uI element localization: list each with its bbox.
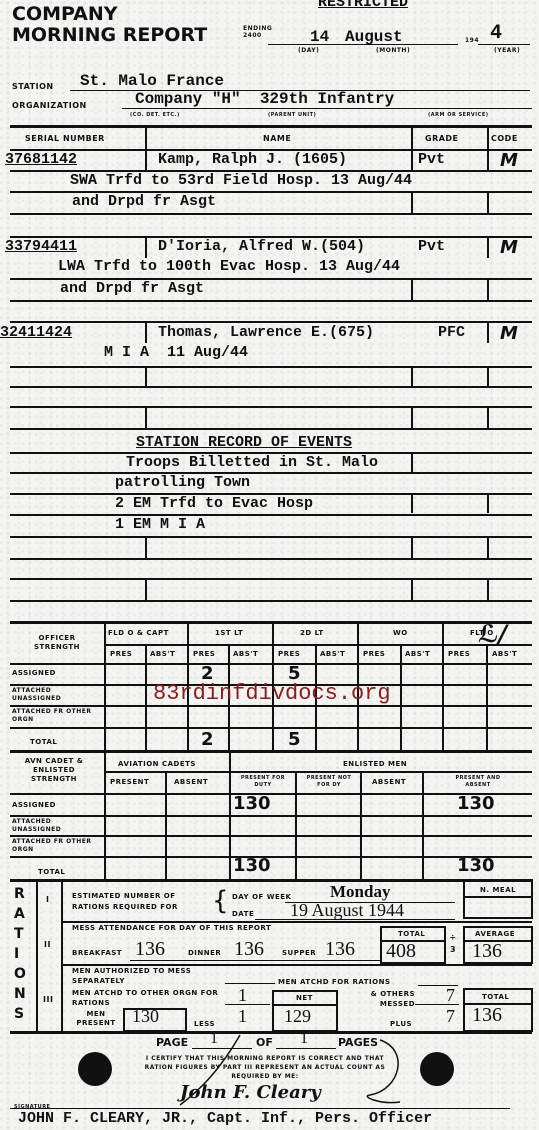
officer-subcol-pres: PRES <box>363 650 385 658</box>
officer-strength-title: OFFICER STRENGTH <box>22 634 92 652</box>
report-month: August <box>345 28 403 46</box>
officer-subcol-abst: ABS'T <box>405 650 430 658</box>
enlisted-assigned-present-duty: 130 <box>233 793 271 814</box>
enlisted-col-divider <box>422 773 424 879</box>
enlisted-bottom-border <box>10 879 532 882</box>
roster-col-divider <box>487 366 489 386</box>
enlisted-col-divider <box>295 773 297 879</box>
roster-col-divider <box>411 366 413 386</box>
month-caption: (MONTH) <box>376 47 410 54</box>
officer-subcol-pres: PRES <box>278 650 300 658</box>
entry-name: Thomas, Lawrence E.(675) <box>158 324 374 341</box>
events-line <box>10 514 532 516</box>
year-prefix: 194 <box>465 37 479 44</box>
mess-underline <box>130 960 380 961</box>
events-col-divider <box>411 493 413 513</box>
day-caption: (DAY) <box>298 47 319 54</box>
supper-label: SUPPER <box>282 949 316 957</box>
rations-marker-divider <box>61 882 63 1032</box>
roster-row-line <box>10 321 532 323</box>
year-caption: (YEAR) <box>494 47 520 54</box>
officer-header-divider <box>104 644 532 646</box>
col-header-name: NAME <box>263 134 291 143</box>
event-line: Troops Billetted in St. Malo <box>126 454 378 471</box>
day-of-week-value: Monday <box>330 882 390 902</box>
officer-initials-mark: ℒ/ <box>478 620 507 648</box>
estimated-rations-label: ESTIMATED NUMBER OF RATIONS REQUIRED FOR <box>72 891 212 913</box>
enlisted-row-line <box>10 793 532 795</box>
report-year-digit: 4 <box>490 22 502 45</box>
enlisted-row-label: TOTAL <box>38 868 65 876</box>
enlisted-subcol: ABSENT <box>372 778 406 786</box>
divide-by-three: ÷ 3 <box>448 932 458 956</box>
less-value: 1 <box>238 1006 247 1027</box>
events-col-divider <box>411 578 413 600</box>
enlisted-row-line <box>10 835 532 837</box>
others-messed-underline <box>415 1004 459 1005</box>
organization-underline <box>122 108 532 109</box>
others-messed-value: 7 <box>446 985 455 1006</box>
officer-col-divider <box>442 624 444 750</box>
rations-letter: O <box>14 966 26 982</box>
station-value: St. Malo France <box>80 72 224 90</box>
entry-grade: PFC <box>438 324 465 341</box>
rations-letter: R <box>14 886 25 902</box>
officer-row-line <box>10 727 532 729</box>
officer-row-label: ASSIGNED <box>12 669 56 677</box>
net-label: NET <box>296 994 313 1002</box>
mess-total-label: TOTAL <box>398 930 425 938</box>
enlisted-row-line <box>10 815 532 817</box>
dinner-label: DINNER <box>188 949 221 957</box>
events-bottom-border <box>10 621 532 624</box>
signature-line <box>10 1108 510 1109</box>
event-line: 2 EM Trfd to Evac Hosp <box>115 495 313 512</box>
year-underline <box>478 44 530 45</box>
grand-total-label: TOTAL <box>482 993 509 1001</box>
officer-group-fld: FLD O & CAPT <box>108 629 169 637</box>
roster-row-line <box>10 428 532 430</box>
events-line <box>10 536 532 538</box>
events-line <box>10 558 532 560</box>
events-col-divider <box>487 536 489 558</box>
meals-box <box>463 879 533 919</box>
roster-row-line <box>10 406 532 408</box>
rations-letter: S <box>14 1006 24 1022</box>
officer-col-divider <box>104 624 106 750</box>
men-present-value: 130 <box>132 1006 159 1027</box>
entry-remark: and Drpd fr Asgt <box>72 193 216 210</box>
rations-letter: A <box>14 906 25 922</box>
binder-hole-right <box>420 1052 454 1086</box>
roster-col-divider <box>411 128 413 170</box>
ending-label: ENDING 2400 <box>243 25 265 39</box>
officer-row-label: ATTACHED FR OTHER ORGN <box>12 708 92 724</box>
binder-hole-left <box>78 1052 112 1086</box>
events-col-divider <box>487 578 489 600</box>
col-header-grade: GRADE <box>425 134 459 143</box>
enlisted-men-header: ENLISTED MEN <box>343 760 407 768</box>
men-present-label: MEN PRESENT <box>70 1010 122 1028</box>
enlisted-row-label: ATTACHED UNASSIGNED <box>12 818 92 834</box>
enlisted-row-label: ASSIGNED <box>12 801 56 809</box>
classification-stamp: RESTRICTED <box>318 0 408 11</box>
roster-col-divider <box>411 278 413 300</box>
roster-col-divider <box>487 128 489 170</box>
enlisted-subcol: ABSENT <box>174 778 208 786</box>
events-col-divider <box>145 536 147 558</box>
officer-subcol-divider <box>486 644 488 750</box>
station-label: STATION <box>12 82 54 91</box>
form-title-line2: MORNING REPORT <box>12 25 207 45</box>
entry-remark: M I A 11 Aug/44 <box>104 344 248 361</box>
entry-name: D'Ioria, Alfred W.(504) <box>158 238 365 255</box>
rations-letter: T <box>14 926 24 942</box>
col-header-code: CODE <box>491 134 518 143</box>
ration-date-label: DATE <box>232 910 254 918</box>
events-line <box>10 578 532 580</box>
others-messed-label: & OTHERS MESSED <box>355 989 415 1009</box>
officer-bottom-border <box>10 750 532 753</box>
roster-row-line <box>10 366 532 368</box>
roster-top-border <box>10 125 532 128</box>
enlisted-col-divider <box>360 773 362 879</box>
roster-row-line <box>10 213 532 215</box>
report-day: 14 <box>310 28 329 46</box>
attached-other-label: MEN ATCHD TO OTHER ORGN FOR RATIONS <box>72 988 227 1008</box>
aviation-cadets-header: AVIATION CADETS <box>118 760 196 768</box>
day-of-week-label: DAY OF WEEK <box>232 893 291 901</box>
less-label: LESS <box>194 1020 215 1028</box>
enlisted-strength-title: AVN CADET & ENLISTED STRENGTH <box>14 757 94 784</box>
meals-divider <box>463 896 531 898</box>
event-line: patrolling Town <box>115 474 250 491</box>
authorized-separately-label: MEN AUTHORIZED TO MESS SEPARATELY <box>72 966 202 986</box>
enlisted-subcol: PRESENT <box>110 778 149 786</box>
grand-total-value: 136 <box>472 1004 502 1027</box>
officer-2lt-total-pres: 5 <box>288 729 301 750</box>
signer-name: JOHN F. CLEARY, JR., Capt. Inf., Pers. O… <box>18 1110 432 1127</box>
officer-group-wo: WO <box>393 629 408 637</box>
rations-section-marker: II <box>44 940 51 949</box>
org-caption-company: (CO. DET. ETC.) <box>130 112 180 118</box>
roster-col-divider <box>487 406 489 428</box>
rations-letter: I <box>14 946 19 962</box>
entry-grade: Pvt <box>418 238 445 255</box>
breakfast-label: BREAKFAST <box>72 949 122 957</box>
officer-subcol-abst: ABS'T <box>320 650 345 658</box>
enlisted-assigned-present-absent: 130 <box>457 793 495 814</box>
plus-value: 7 <box>446 1006 455 1027</box>
roster-col-divider <box>145 406 147 428</box>
entry-grade: Pvt <box>418 151 445 168</box>
events-title: STATION RECORD OF EVENTS <box>136 434 352 451</box>
enlisted-total-present-absent: 130 <box>457 855 495 876</box>
handwritten-signature: John F. Cleary <box>180 1082 321 1103</box>
attached-underline <box>225 1004 270 1005</box>
events-col-divider <box>411 536 413 558</box>
entry-code: M <box>500 150 518 171</box>
entry-remark: SWA Trfd to 53rd Field Hosp. 13 Aug/44 <box>70 172 412 189</box>
events-line <box>10 600 532 602</box>
organization-value: Company "H" 329th Infantry <box>135 90 394 108</box>
events-col-divider <box>411 452 413 472</box>
mess-attendance-label: MESS ATTENDANCE FOR DAY OF THIS REPORT <box>72 924 271 932</box>
officer-subcol-pres: PRES <box>448 650 470 658</box>
enlisted-col-divider <box>165 773 167 879</box>
entry-name: Kamp, Ralph J. (1605) <box>158 151 347 168</box>
officer-group-2lt: 2D LT <box>300 629 324 637</box>
roster-col-divider <box>487 321 489 343</box>
enlisted-row-label: ATTACHED FR OTHER ORGN <box>12 838 92 854</box>
officer-subcol-divider <box>145 644 147 750</box>
event-line: 1 EM M I A <box>115 516 205 533</box>
enlisted-row-line <box>10 856 532 858</box>
entry-serial: 32411424 <box>0 324 72 341</box>
officer-subcol-divider <box>400 644 402 750</box>
officer-subcol-pres: PRES <box>110 650 132 658</box>
officer-row-label: TOTAL <box>30 738 57 746</box>
officer-row-line <box>10 663 532 665</box>
org-caption-arm: (ARM OR SERVICE) <box>428 112 489 118</box>
authorized-underline <box>225 983 275 984</box>
breakfast-count: 136 <box>135 938 165 961</box>
rations-side-divider <box>36 882 38 1032</box>
officer-subcol-pres: PRES <box>193 650 215 658</box>
dinner-count: 136 <box>234 938 264 961</box>
entry-code: M <box>500 323 518 344</box>
supper-count: 136 <box>325 938 355 961</box>
roster-col-divider <box>145 321 147 343</box>
rations-row-line <box>61 921 532 923</box>
attached-other-value: 1 <box>238 985 247 1006</box>
events-col-divider <box>145 578 147 600</box>
entry-serial: 37681142 <box>5 151 77 168</box>
events-line <box>10 472 532 474</box>
events-col-divider <box>487 493 489 513</box>
roster-col-divider <box>145 236 147 258</box>
roster-col-divider <box>487 192 489 214</box>
roster-row-line <box>10 386 532 388</box>
officer-row-label: ATTACHED UNASSIGNED <box>12 687 92 703</box>
officer-subcol-abst: ABS'T <box>233 650 258 658</box>
ration-date-value: 19 August 1944 <box>290 900 404 921</box>
roster-row-line <box>10 300 532 302</box>
form-title-line1: COMPANY <box>12 4 118 24</box>
men-atchd-label: MEN ATCHD FOR RATIONS <box>278 978 391 986</box>
enlisted-total-present-duty: 130 <box>233 855 271 876</box>
roster-col-divider <box>487 236 489 258</box>
rations-section-marker: I <box>46 895 49 904</box>
organization-label: ORGANIZATION <box>12 101 87 110</box>
officer-1lt-total-pres: 2 <box>201 729 214 750</box>
roster-col-divider <box>145 366 147 386</box>
org-caption-parent: (PARENT UNIT) <box>268 112 316 118</box>
roster-col-divider <box>411 406 413 428</box>
enlisted-subcol: PRESENT NOT FOR DY <box>300 775 358 789</box>
officer-subcol-abst: ABS'T <box>492 650 517 658</box>
entry-code: M <box>500 237 518 258</box>
roster-col-divider <box>411 192 413 214</box>
watermark: 83rdinfdivdocs.org <box>153 681 391 706</box>
average-label: AVERAGE <box>475 930 515 938</box>
officer-subcol-abst: ABS'T <box>150 650 175 658</box>
brace-icon: { <box>212 886 229 916</box>
roster-col-divider <box>145 128 147 170</box>
roster-col-divider <box>487 278 489 300</box>
officer-group-1lt: 1ST LT <box>215 629 243 637</box>
plus-label: PLUS <box>390 1020 412 1028</box>
ration-date-underline <box>255 919 455 920</box>
rations-letter: N <box>14 986 26 1002</box>
entry-remark: LWA Trfd to 100th Evac Hosp. 13 Aug/44 <box>58 258 400 275</box>
entry-serial: 33794411 <box>5 238 77 255</box>
mess-total-value: 408 <box>386 940 416 963</box>
enlisted-header-divider <box>104 771 532 773</box>
col-header-serial: SERIAL NUMBER <box>25 134 105 143</box>
rations-section-marker: III <box>43 995 53 1004</box>
enlisted-subcol: PRESENT AND ABSENT <box>445 775 511 789</box>
enlisted-subcol: PRESENT FOR DUTY <box>235 775 291 789</box>
meals-label: N. MEAL <box>480 886 516 894</box>
net-value: 129 <box>284 1006 311 1027</box>
average-value: 136 <box>472 940 502 963</box>
entry-remark: and Drpd fr Asgt <box>60 280 204 297</box>
